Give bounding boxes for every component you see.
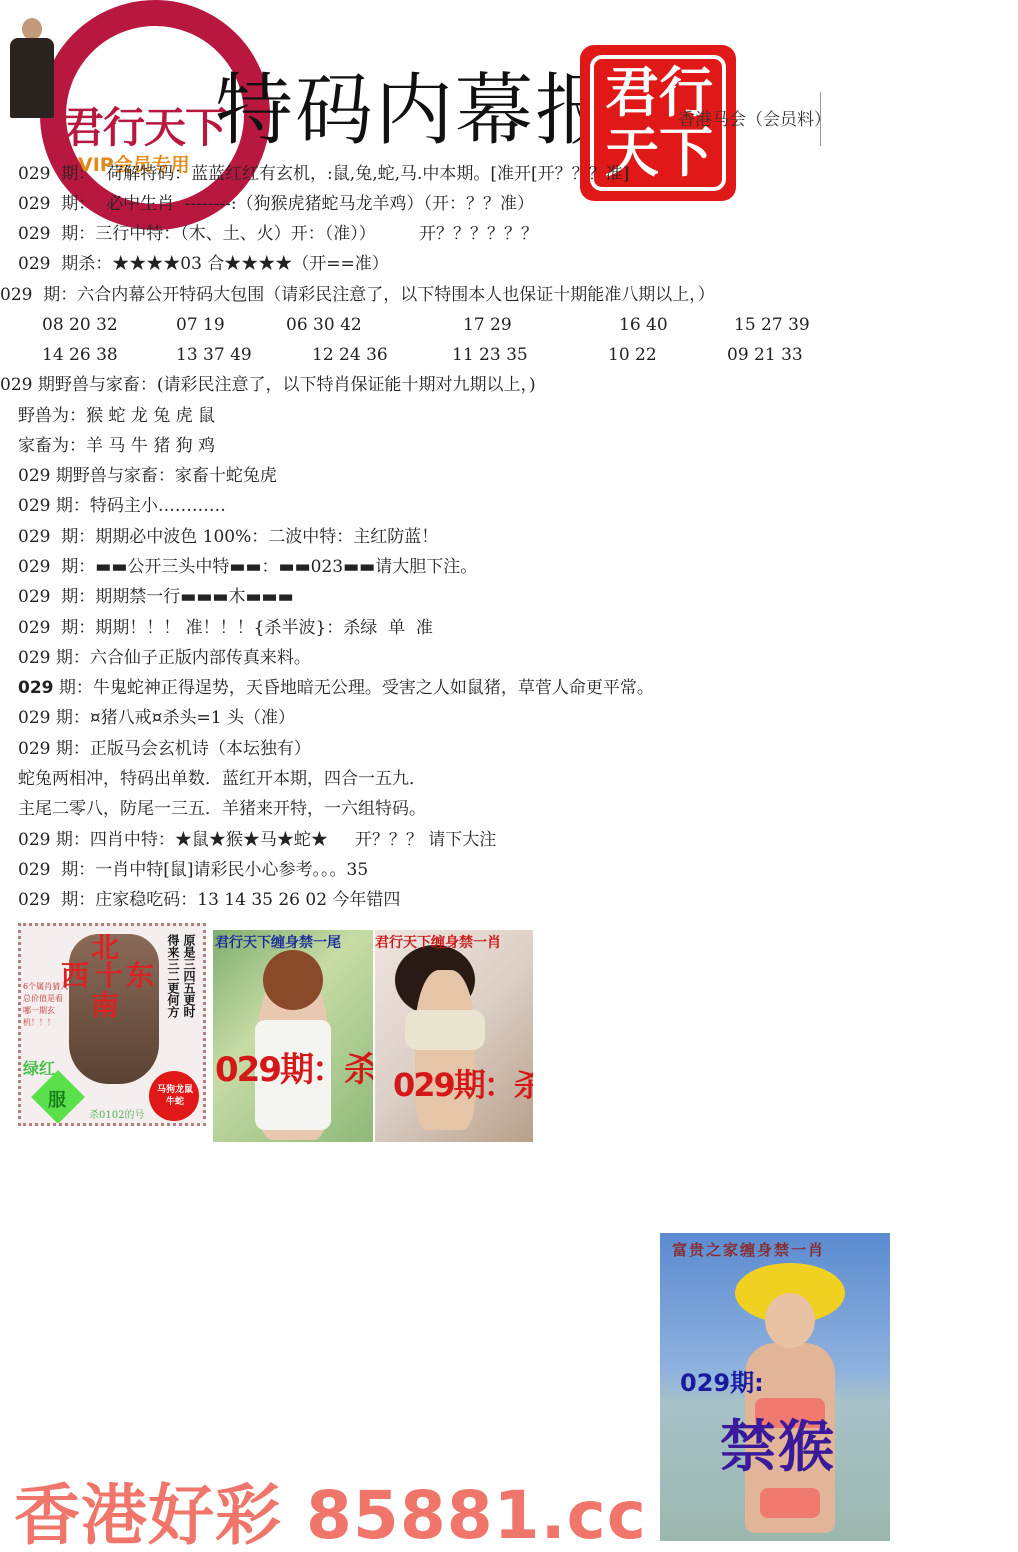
text-line: 029 期：正版马会玄机诗（本坛独有） [18,738,311,760]
number-group: 08 20 32 [42,315,118,335]
number-group: 07 19 [176,315,225,335]
text-line: 029 期：▬▬公开三头中特▬▬：▬▬023▬▬请大胆下注。 [18,556,477,578]
number-group: 13 37 49 [176,345,252,365]
text-line: 029 期：六合仙子正版内部传真来料。 [18,647,311,669]
number-group: 16 40 [619,315,668,335]
man-figure-image [8,18,56,118]
number-group: 14 26 38 [42,345,118,365]
text-line: 029 期：特码主小………… [18,495,226,517]
text-line: 家畜为：羊 马 牛 猪 狗 鸡 [18,435,215,457]
page-title: 特码内幕报 [215,48,615,160]
number-group: 15 27 39 [734,315,810,335]
number-group: 12 24 36 [312,345,388,365]
text-line: 029 期：四肖中特：★鼠★猴★马★蛇★ 开？？？ 请下大注 [18,829,496,851]
number-group: 11 23 35 [452,345,528,365]
text-line: 主尾二零八，防尾一三五．羊猪来开特，一六组特码。 [18,798,426,820]
text-line: 029 期：期期！！！ 准！！！{杀半波}：杀绿 单 准 [18,617,433,639]
fox-puzzle-image: 北 西 十 东 南 原是三四五更时 得来三二更何方 6个属肖猜入总价值是看哪一期… [18,923,206,1126]
promo-image-tail: 君行天下缠身禁一尾 029期：杀7尾 [213,930,373,1142]
text-line: 029 期野兽与家畜：(请彩民注意了，以下特肖保证能十期对九期以上，) [0,374,536,396]
number-group: 10 22 [608,345,657,365]
subtitle: 香港马会（会员料） [678,105,831,130]
text-line: 029 期：六合内幕公开特码大包围（请彩民注意了，以下特围本人也保证十期能准八期… [0,284,715,306]
text-line: 029 期：牛鬼蛇神正得逞势，天昏地暗无公理。受害之人如鼠猪，草菅人命更平常。 [18,677,654,699]
text-line: 029 期：三行中特：（木、土、火）开：（准）） 开？？？？？？ [18,223,538,245]
number-group: 06 30 42 [286,315,362,335]
issue-number-bold: 029 [18,678,54,698]
text-line: 029 期：一肖中特[鼠]请彩民小心参考。。。35 [18,859,368,881]
logo-text: 君行天下 [62,95,226,155]
promo-image-zodiac: 君行天下缠身禁一肖 029期：杀猪 [375,930,533,1142]
text-line: 029 期：庄家稳吃码：13 14 35 26 02 今年错四 [18,889,400,911]
text-line: 029 期杀：★★★★03 合★★★★（开==准） [18,253,389,275]
footer-watermark: 香港好彩 85881.cc [14,1462,647,1552]
promo-image-beach: 富贵之家缠身禁一肖 029期: 禁猴 [660,1233,890,1541]
number-group: 09 21 33 [727,345,803,365]
text-line: 野兽为：猴 蛇 龙 兔 虎 鼠 [18,405,215,427]
number-group: 17 29 [463,315,512,335]
text-line: 029 期： 必中生肖 --------:（狗猴虎猪蛇马龙羊鸡）（开：？？准） [18,193,534,215]
text-line: 029 期：期期必中波色 100%：二波中特：主红防蓝！ [18,526,438,548]
text-line: 029 期：期期禁一行▬▬▬木▬▬▬ [18,586,294,608]
text-line: 蛇兔两相冲，特码出单数．蓝红开本期，四合一五九． [18,768,426,790]
text-line: 029 期：¤猪八戒¤杀头=1 头（准） [18,707,295,729]
text-cursor [820,92,821,146]
text-line: 029 期野兽与家畜：家畜十蛇兔虎 [18,465,277,487]
text-line: 029 期： 荷解特码：蓝蓝红红有玄机，:鼠,兔,蛇,马.中本期。[准开[开？？… [18,163,629,185]
